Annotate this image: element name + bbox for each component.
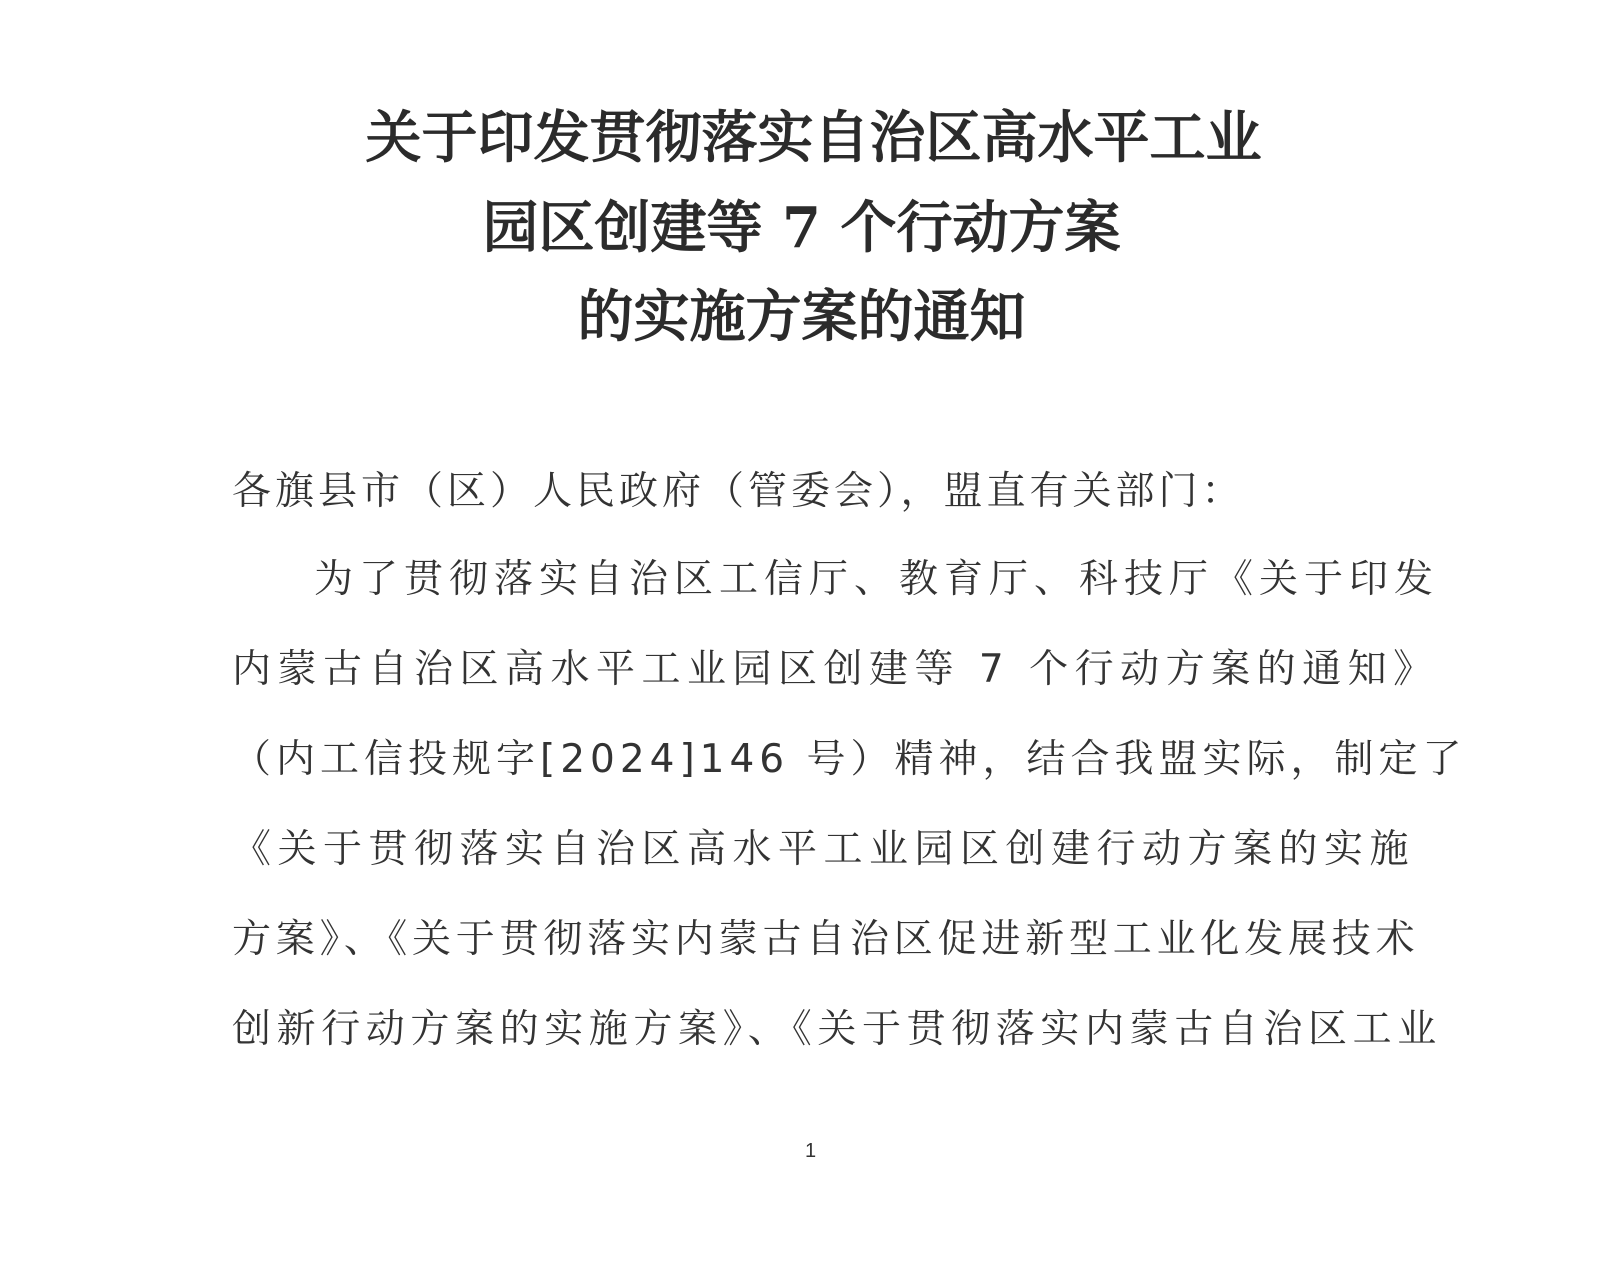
body-paragraph-line: 内蒙古自治区高水平工业园区创建等 7 个行动方案的通知》	[232, 640, 1372, 700]
body-paragraph-line: （内工信投规字[2024]146 号）精神，结合我盟实际，制定了	[232, 730, 1372, 790]
document-title-line-1: 关于印发贯彻落实自治区高水平工业	[0, 93, 1603, 183]
document-title-line-3: 的实施方案的通知	[0, 272, 1603, 362]
body-paragraph-line: 创新行动方案的实施方案》、《关于贯彻落实内蒙古自治区工业	[232, 1000, 1372, 1060]
body-paragraph-line: 《关于贯彻落实自治区高水平工业园区创建行动方案的实施	[232, 820, 1372, 880]
salutation: 各旗县市（区）人民政府（管委会），盟直有关部门：	[232, 462, 1372, 522]
body-paragraph-line: 为了贯彻落实自治区工信厅、教育厅、科技厅《关于印发	[314, 550, 1454, 610]
document-page: 关于印发贯彻落实自治区高水平工业 园区创建等 7 个行动方案 的实施方案的通知 …	[0, 0, 1603, 1280]
body-paragraph-line: 方案》、《关于贯彻落实内蒙古自治区促进新型工业化发展技术	[232, 910, 1372, 970]
document-title-line-2: 园区创建等 7 个行动方案	[0, 183, 1603, 273]
page-number: 1	[0, 1140, 1603, 1163]
